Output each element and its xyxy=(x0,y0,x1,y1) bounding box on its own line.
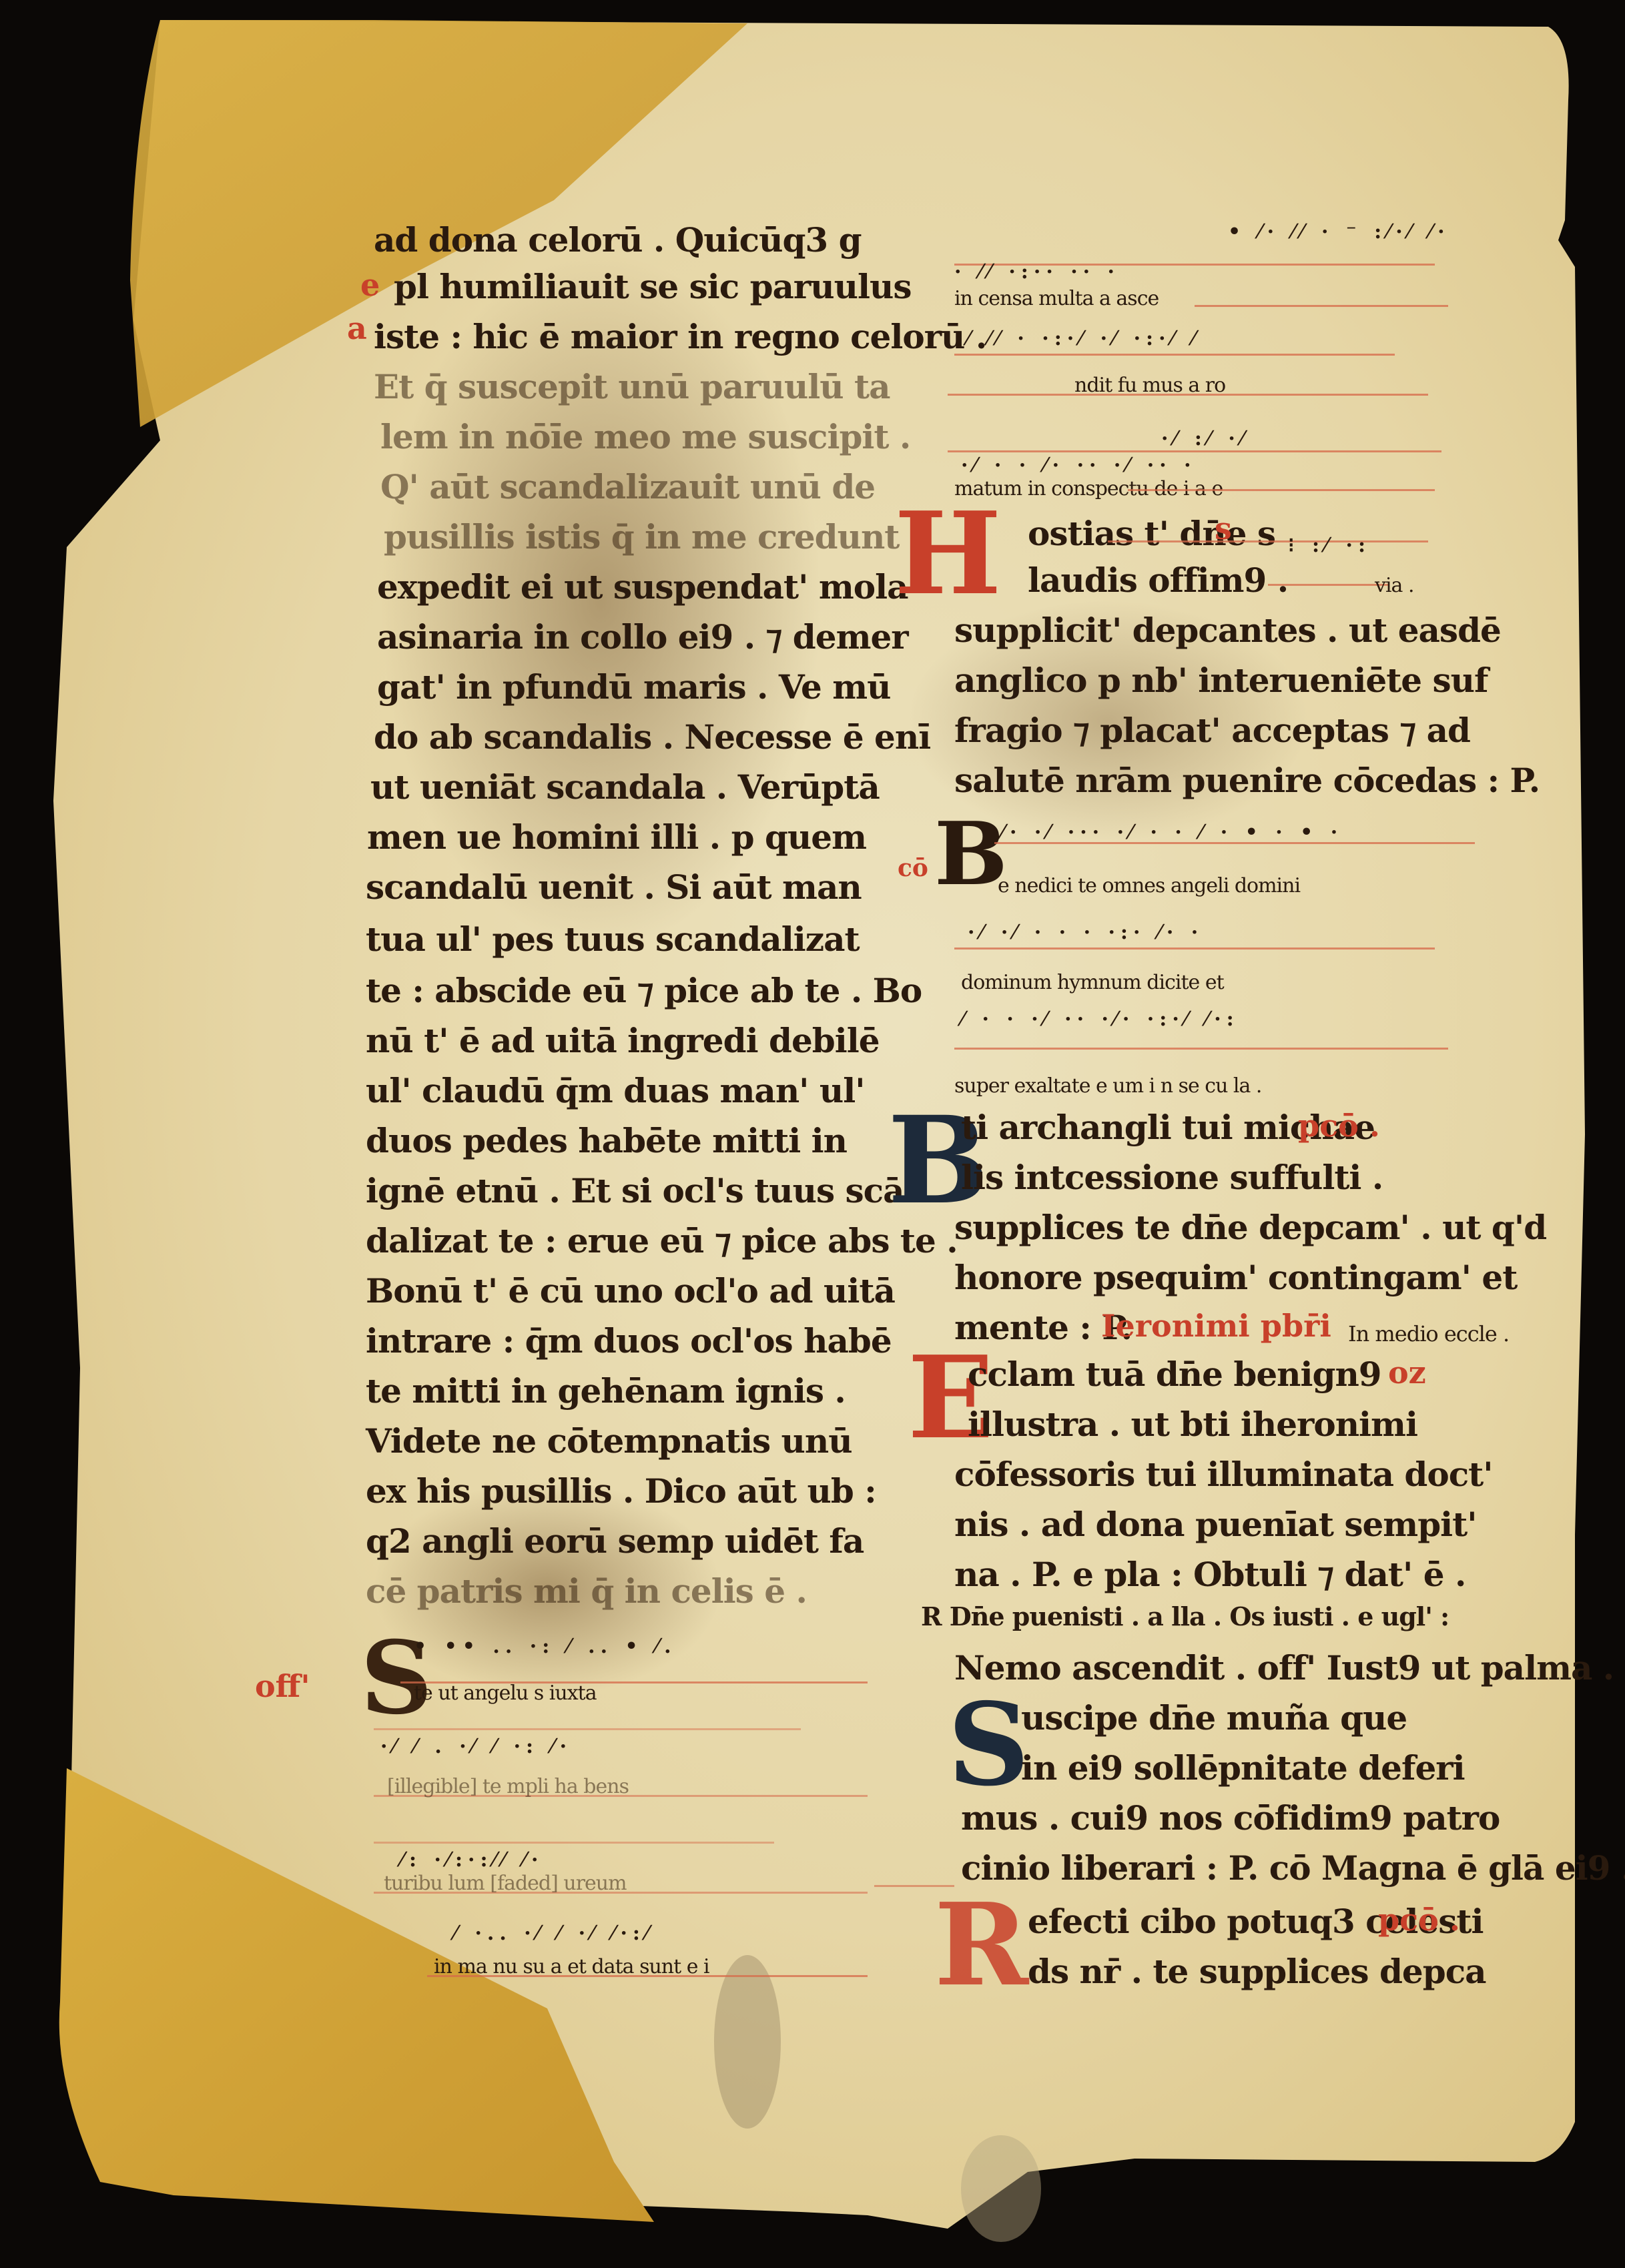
text-line: dalizat te : erue eū ⁊ pice abs te . xyxy=(366,1221,958,1260)
text-line: men ue homini illi . p quem xyxy=(367,817,866,857)
staff-line xyxy=(374,1728,801,1730)
text-line: ut ueniāt scandala . Verūptā xyxy=(370,767,880,807)
neumes: ·⁄ ⁄ . ·⁄ ⁄ ·: ⁄· xyxy=(380,1735,572,1758)
text-line: Q' aūt scandalizauit unū de xyxy=(380,467,875,506)
rubric-oratio: oz xyxy=(1388,1355,1426,1391)
text-line: nū t' ē ad uitā ingredi debilē xyxy=(366,1021,880,1060)
rubric-postcommunion-2: pcō . xyxy=(1378,1902,1460,1938)
chant-text: [illegible] te mpli ha bens xyxy=(387,1775,629,1798)
text-line: nis . ad dona puenīat sempit' xyxy=(954,1505,1477,1544)
neumes: • ⁄· ⁄⁄ · ⁻ :⁄·⁄ ⁄· xyxy=(1228,220,1450,244)
chant-text: turibu lum [faded] ureum xyxy=(384,1872,627,1895)
neumes: ⁝ :⁄ ·: xyxy=(1288,534,1371,557)
text-line: lem in nōīe meo me suscipit . xyxy=(380,417,910,456)
chant-text: super exaltate e um i n se cu la . xyxy=(954,1074,1261,1098)
chant-text: e nedici te omnes angeli domini xyxy=(998,874,1300,897)
text-line: do ab scandalis . Necesse ē enī xyxy=(374,717,930,757)
text-line: expedit ei ut suspendat' mola xyxy=(377,567,908,607)
staff-line xyxy=(954,354,1395,356)
text-line: duos pedes habēte mitti in xyxy=(366,1121,847,1160)
text-line: supplices te dn̄e depcam' . ut q'd xyxy=(954,1208,1546,1247)
text-line: ds nr̄ . te supplices depca xyxy=(1028,1952,1486,1991)
neumes: ·⁄ :⁄ ·⁄ xyxy=(1161,427,1249,450)
text-line: ad dona celorū . Quicūq3 g xyxy=(374,220,862,260)
chant-text: te ut angelu s iuxta xyxy=(414,1681,597,1705)
text-line: ignē etnū . Et si ocl's tuus scā xyxy=(366,1171,904,1210)
neumes: ⁄: ·⁄:·:⁄⁄ ⁄· xyxy=(400,1848,544,1872)
text-line: honore psequim' contingam' et xyxy=(954,1258,1517,1297)
text-line: laudis offim9 . xyxy=(1028,560,1288,600)
text-line: q2 angli eorū semp uidēt fa xyxy=(366,1521,864,1561)
text-line: anglico p nb' interueniēte suf xyxy=(954,661,1488,700)
rubric-feast-jerome: Ieronimi pbr̄i xyxy=(1101,1308,1331,1344)
neumes: ·⁄ ⁄⁄ · ·:·⁄ ·⁄ ·:·⁄ ⁄ xyxy=(954,327,1201,350)
text-line: supplicit' depcantes . ut easdē xyxy=(954,611,1501,650)
chant-text: via . xyxy=(1375,574,1414,597)
text-line: te : abscide eū ⁊ pice ab te . Bo xyxy=(366,971,922,1010)
neumes: ·⁄ · · ⁄· ·· ·⁄ ·· · xyxy=(961,454,1197,477)
neumes: ⁄ ·.. ·⁄ ⁄ ·⁄ ⁄·:⁄ xyxy=(454,1922,654,1945)
rubric-a: a xyxy=(347,310,367,346)
text-line: asinaria in collo ei9 . ⁊ demer xyxy=(377,617,908,657)
text-line: in ei9 sollēpnitate deferi xyxy=(1021,1748,1465,1788)
staff-line xyxy=(954,948,1435,950)
text-line: mus . cui9 nos cōfidim9 patro xyxy=(961,1798,1500,1838)
staff-line xyxy=(1108,540,1428,542)
staff-line xyxy=(1195,305,1448,307)
text-line: na . P. e pla : Obtuli ⁊ dat' ē . xyxy=(954,1555,1466,1594)
text-line: tua ul' pes tuus scandalizat xyxy=(366,919,860,959)
text-line: Videte ne cōtempnatis unū xyxy=(366,1421,852,1461)
text-line: scandalū uenit . Si aūt man xyxy=(366,867,862,907)
chant-text: in censa multa a asce xyxy=(954,287,1159,310)
rubric-postcommunion: pcō . xyxy=(1298,1108,1380,1144)
initial-h: H xyxy=(894,497,1002,611)
rubric-e: e xyxy=(360,267,380,303)
staff-line xyxy=(1128,489,1435,491)
text-line: ex his pusillis . Dico aūt ub : xyxy=(366,1471,876,1511)
initial-b-chant: B xyxy=(934,811,1008,897)
text-line: cē patris mi q̄ in celis ē . xyxy=(366,1571,807,1611)
rubric-communion: cō xyxy=(898,854,928,882)
chant-text: in ma nu su a et data sunt e i xyxy=(434,1955,709,1978)
rubric-offertory: off' xyxy=(255,1668,310,1704)
neumes: · ⁄⁄ ·:·· ·· · xyxy=(954,260,1120,284)
text-line: ul' claudū q̄m duas man' ul' xyxy=(366,1071,865,1110)
text-line: iste : hic ē maior in regno celorū . xyxy=(374,317,986,356)
text-line: R Dn̄e puenisti . a lla . Os iusti . e u… xyxy=(921,1601,1449,1631)
text-line: cōfessoris tui illuminata doct' xyxy=(954,1455,1493,1494)
initial-s-blue: S xyxy=(948,1688,1030,1802)
staff-line xyxy=(1268,584,1388,586)
text-line: cclam tuā dn̄e benign9 xyxy=(968,1355,1381,1394)
staff-line xyxy=(954,1048,1448,1050)
neumes: • •• .. ·: ⁄ .. • ⁄. xyxy=(414,1635,677,1658)
neumes: ⁄ · · ·⁄ ·· ·⁄· ·:·⁄ ⁄·: xyxy=(961,1008,1239,1031)
chant-text: ndit fu mus a ro xyxy=(1074,374,1225,397)
text-line: intrare : q̄m duos ocl'os habē xyxy=(366,1321,892,1361)
initial-r: R xyxy=(934,1888,1028,2002)
text-line: fragio ⁊ placat' acceptas ⁊ ad xyxy=(954,711,1470,750)
text-line: Et q̄ suscepit unū paruulū ta xyxy=(374,367,890,406)
text-line: illustra . ut bti iheronimi xyxy=(968,1405,1417,1444)
text-line: pusillis istis q̄ in me credunt : xyxy=(384,517,922,556)
manuscript-leaf: e a ad dona celorū . Quicūq3 g pl humili… xyxy=(0,0,1625,2268)
text-line: Nemo ascendit . off' Iust9 ut palma . xyxy=(954,1648,1614,1687)
text-line: te mitti in gehēnam ignis . xyxy=(366,1371,846,1411)
staff-line xyxy=(374,1842,774,1844)
chant-text: dominum hymnum dicite et xyxy=(961,971,1224,994)
text-line: ostias t' dn̄e s xyxy=(1028,514,1275,553)
text-line: Bonū t' ē cū uno ocl'o ad uitā xyxy=(366,1271,895,1310)
text-line: salutē nrām puenire cōcedas : P. xyxy=(954,761,1540,800)
neumes: ·⁄ ·⁄ · · · ·:· ⁄· · xyxy=(968,921,1203,944)
introit-incipit: In medio eccle . xyxy=(1348,1321,1509,1347)
text-line: cinio liberari : P. cō Magna ē glā ei9 . xyxy=(961,1848,1625,1888)
text-line: uscipe dn̄e muña que xyxy=(1021,1698,1407,1738)
neumes: ⁄· ·⁄ ··· ·⁄ · · ⁄ · • · • · xyxy=(1001,821,1343,844)
text-line: lis intcessione suffulti . xyxy=(961,1158,1383,1197)
staff-line xyxy=(948,450,1441,452)
text-line: pl humiliauit se sic paruulus xyxy=(394,267,911,306)
text-line: gat' in pfundū maris . Ve mū xyxy=(377,667,891,707)
